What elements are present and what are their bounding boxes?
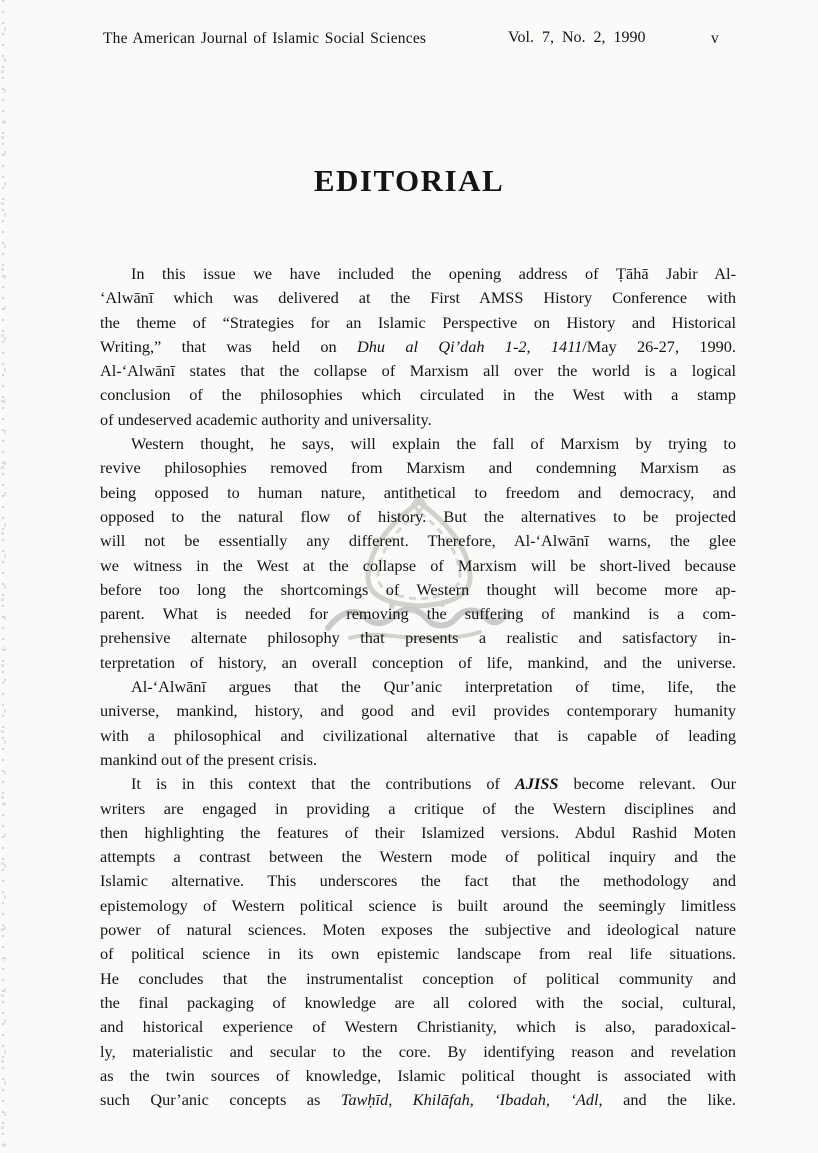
text-line: before too long the shortcomings of West… [100, 578, 736, 602]
text-segment: In this issue we have included the openi… [131, 264, 736, 283]
text-line: Writing,” that was held on Dhu al Qi’dah… [100, 335, 736, 359]
text-segment: Western thought, he says, will explain t… [131, 434, 736, 453]
scanned-page: The American Journal of Islamic Social S… [0, 0, 818, 1153]
text-line: the theme of “Strategies for an Islamic … [100, 311, 736, 335]
text-segment: mankind out of the present crisis. [100, 750, 317, 769]
text-line: epistemology of Western political scienc… [100, 894, 736, 918]
text-line: we witness in the West at the collapse o… [100, 554, 736, 578]
text-line: ‘Alwānī which was delivered at the First… [100, 286, 736, 310]
text-line: attempts a contrast between the Western … [100, 845, 736, 869]
text-segment: then highlighting the features of their … [100, 823, 736, 842]
text-line: the final packaging of knowledge are all… [100, 991, 736, 1015]
text-line: Western thought, he says, will explain t… [100, 432, 736, 456]
text-segment: Islamic alternative. This underscores th… [100, 871, 736, 890]
page-number: v [711, 30, 719, 48]
text-segment: with a philosophical and civilizational … [100, 726, 736, 745]
text-line: prehensive alternate philosophy that pre… [100, 626, 736, 650]
editorial-body: In this issue we have included the openi… [100, 262, 736, 1112]
text-line: revive philosophies removed from Marxism… [100, 456, 736, 480]
paragraph: It is in this context that the contribut… [100, 772, 736, 1112]
paragraph: In this issue we have included the openi… [100, 262, 736, 432]
text-segment: attempts a contrast between the Western … [100, 847, 736, 866]
text-line: of political science in its own epistemi… [100, 942, 736, 966]
italic-text-segment: Tawḥīd, Khilāfah, ‘Ibadah, ‘Adl [341, 1090, 599, 1109]
paragraph: Western thought, he says, will explain t… [100, 432, 736, 675]
text-line: opposed to the natural flow of history. … [100, 505, 736, 529]
text-segment: /May 26-27, 1990. [582, 337, 736, 356]
text-segment: Al-‘Alwānī states that the collapse of M… [100, 361, 736, 380]
text-line: with a philosophical and civilizational … [100, 724, 736, 748]
text-segment: Al-‘Alwānī argues that the Qur’anic inte… [131, 677, 736, 696]
text-segment: become relevant. Our [558, 774, 736, 793]
paragraph: Al-‘Alwānī argues that the Qur’anic inte… [100, 675, 736, 772]
text-line: of undeserved academic authority and uni… [100, 408, 736, 432]
text-line: Islamic alternative. This underscores th… [100, 869, 736, 893]
text-segment: revive philosophies removed from Marxism… [100, 458, 736, 477]
text-line: power of natural sciences. Moten exposes… [100, 918, 736, 942]
text-line: as the twin sources of knowledge, Islami… [100, 1064, 736, 1088]
text-segment: universe, mankind, history, and good and… [100, 701, 736, 720]
text-segment: we witness in the West at the collapse o… [100, 556, 736, 575]
text-segment: epistemology of Western political scienc… [100, 896, 736, 915]
text-line: universe, mankind, history, and good and… [100, 699, 736, 723]
text-line: ly, materialistic and secular to the cor… [100, 1040, 736, 1064]
text-segment: , and the like. [599, 1090, 736, 1109]
text-line: such Qur’anic concepts as Tawḥīd, Khilāf… [100, 1088, 736, 1112]
text-line: conclusion of the philosophies which cir… [100, 383, 736, 407]
text-line: will not be essentially any different. T… [100, 529, 736, 553]
text-segment: conclusion of the philosophies which cir… [100, 385, 736, 404]
text-segment: before too long the shortcomings of West… [100, 580, 736, 599]
text-segment: Writing,” that was held on [100, 337, 357, 356]
text-segment: ly, materialistic and secular to the cor… [100, 1042, 736, 1061]
text-segment: as the twin sources of knowledge, Islami… [100, 1066, 736, 1085]
text-segment: the final packaging of knowledge are all… [100, 993, 736, 1012]
text-segment: being opposed to human nature, antitheti… [100, 483, 736, 502]
issue-info: Vol. 7, No. 2, 1990 [508, 29, 646, 47]
text-segment: of undeserved academic authority and uni… [100, 410, 432, 429]
text-line: then highlighting the features of their … [100, 821, 736, 845]
text-line: writers are engaged in providing a criti… [100, 797, 736, 821]
text-segment: prehensive alternate philosophy that pre… [100, 628, 736, 647]
text-line: Al-‘Alwānī states that the collapse of M… [100, 359, 736, 383]
text-segment: and historical experience of Western Chr… [100, 1017, 736, 1036]
text-line: and historical experience of Western Chr… [100, 1015, 736, 1039]
journal-title: The American Journal of Islamic Social S… [103, 30, 426, 48]
text-segment: It is in this context that the contribut… [131, 774, 515, 793]
text-line: He concludes that the instrumentalist co… [100, 967, 736, 991]
text-segment: such Qur’anic concepts as [100, 1090, 341, 1109]
italic-text-segment: AJISS [515, 774, 558, 793]
page-title: EDITORIAL [0, 163, 818, 199]
text-segment: parent. What is needed for removing the … [100, 604, 736, 623]
text-line: parent. What is needed for removing the … [100, 602, 736, 626]
text-line: Al-‘Alwānī argues that the Qur’anic inte… [100, 675, 736, 699]
text-segment: opposed to the natural flow of history. … [100, 507, 736, 526]
text-segment: ‘Alwānī which was delivered at the First… [100, 288, 736, 307]
text-segment: of political science in its own epistemi… [100, 944, 736, 963]
text-line: terpretation of history, an overall conc… [100, 651, 736, 675]
text-line: It is in this context that the contribut… [100, 772, 736, 796]
running-head: The American Journal of Islamic Social S… [0, 30, 818, 56]
text-segment: will not be essentially any different. T… [100, 531, 736, 550]
text-segment: writers are engaged in providing a criti… [100, 799, 736, 818]
italic-text-segment: Dhu al Qi’dah 1-2, 1411 [357, 337, 582, 356]
text-segment: terpretation of history, an overall conc… [100, 653, 736, 672]
text-segment: He concludes that the instrumentalist co… [100, 969, 736, 988]
text-line: mankind out of the present crisis. [100, 748, 736, 772]
text-segment: the theme of “Strategies for an Islamic … [100, 313, 736, 332]
text-segment: power of natural sciences. Moten exposes… [100, 920, 736, 939]
text-line: being opposed to human nature, antitheti… [100, 481, 736, 505]
text-line: In this issue we have included the openi… [100, 262, 736, 286]
